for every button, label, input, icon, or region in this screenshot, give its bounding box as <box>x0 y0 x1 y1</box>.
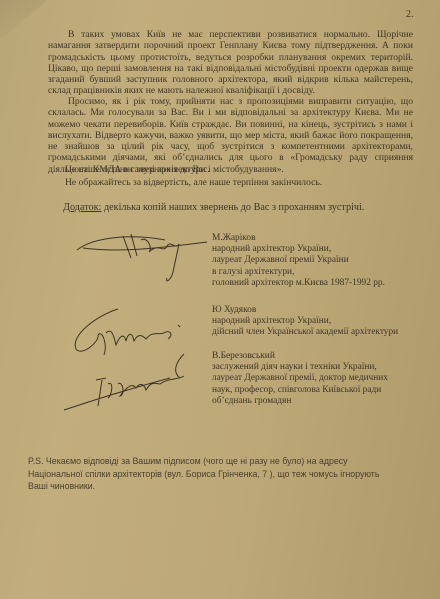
addendum-label: Додаток: <box>63 202 101 213</box>
postscript: P.S. Чекаємо відповіді за Вашим підписом… <box>28 455 393 493</box>
closing-line-2: Не ображайтесь за відвертість, але наше … <box>65 177 322 188</box>
signer-name: Ю Худяков <box>212 305 398 316</box>
signer-block-zharikov: М.Жаріков народний архітектор України, л… <box>212 233 385 289</box>
signature-zharikov <box>75 228 210 288</box>
signer-block-berezovsky: В.Березовський заслужений діяч науки і т… <box>212 351 388 407</box>
signer-block-khudyakov: Ю Худяков народний архітектор України, д… <box>212 305 398 339</box>
page-curl-shadow <box>0 0 48 40</box>
paragraph-1: В таких умовах Київ не має перспективи р… <box>48 29 413 97</box>
closing-line-1: Це наше останнє звернення до Вас. <box>65 164 210 175</box>
signer-name: М.Жаріков <box>212 233 385 244</box>
signer-name: В.Березовський <box>212 351 388 362</box>
signature-berezovsky <box>60 350 210 415</box>
addendum-text: декілька копій наших звернень до Вас з п… <box>101 202 364 213</box>
page-number: 2. <box>406 9 414 20</box>
